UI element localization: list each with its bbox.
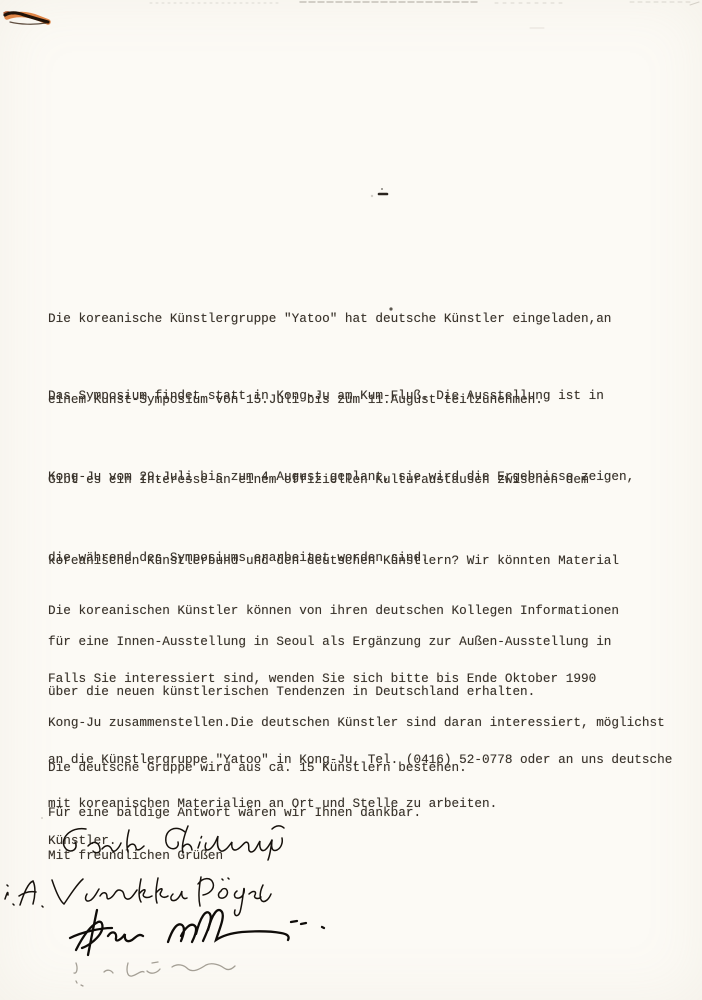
text-line: Das Symposium findet statt in Kong-Ju am… xyxy=(48,382,692,409)
text-line: Falls Sie interessiert sind, wenden Sie … xyxy=(48,665,692,692)
text-line: Gibt es ein Interesse an einem offiziell… xyxy=(48,466,692,493)
scanned-letter-page: Die koreanische Künstlergruppe "Yatoo" h… xyxy=(0,0,702,1000)
ink-smudge xyxy=(4,12,48,24)
scan-noise xyxy=(150,2,699,28)
closing-salutation: Mit freundlichen Grüßen xyxy=(48,788,692,923)
pencil-note-illegible xyxy=(74,962,235,986)
text-line: Mit freundlichen Grüßen xyxy=(48,842,692,869)
